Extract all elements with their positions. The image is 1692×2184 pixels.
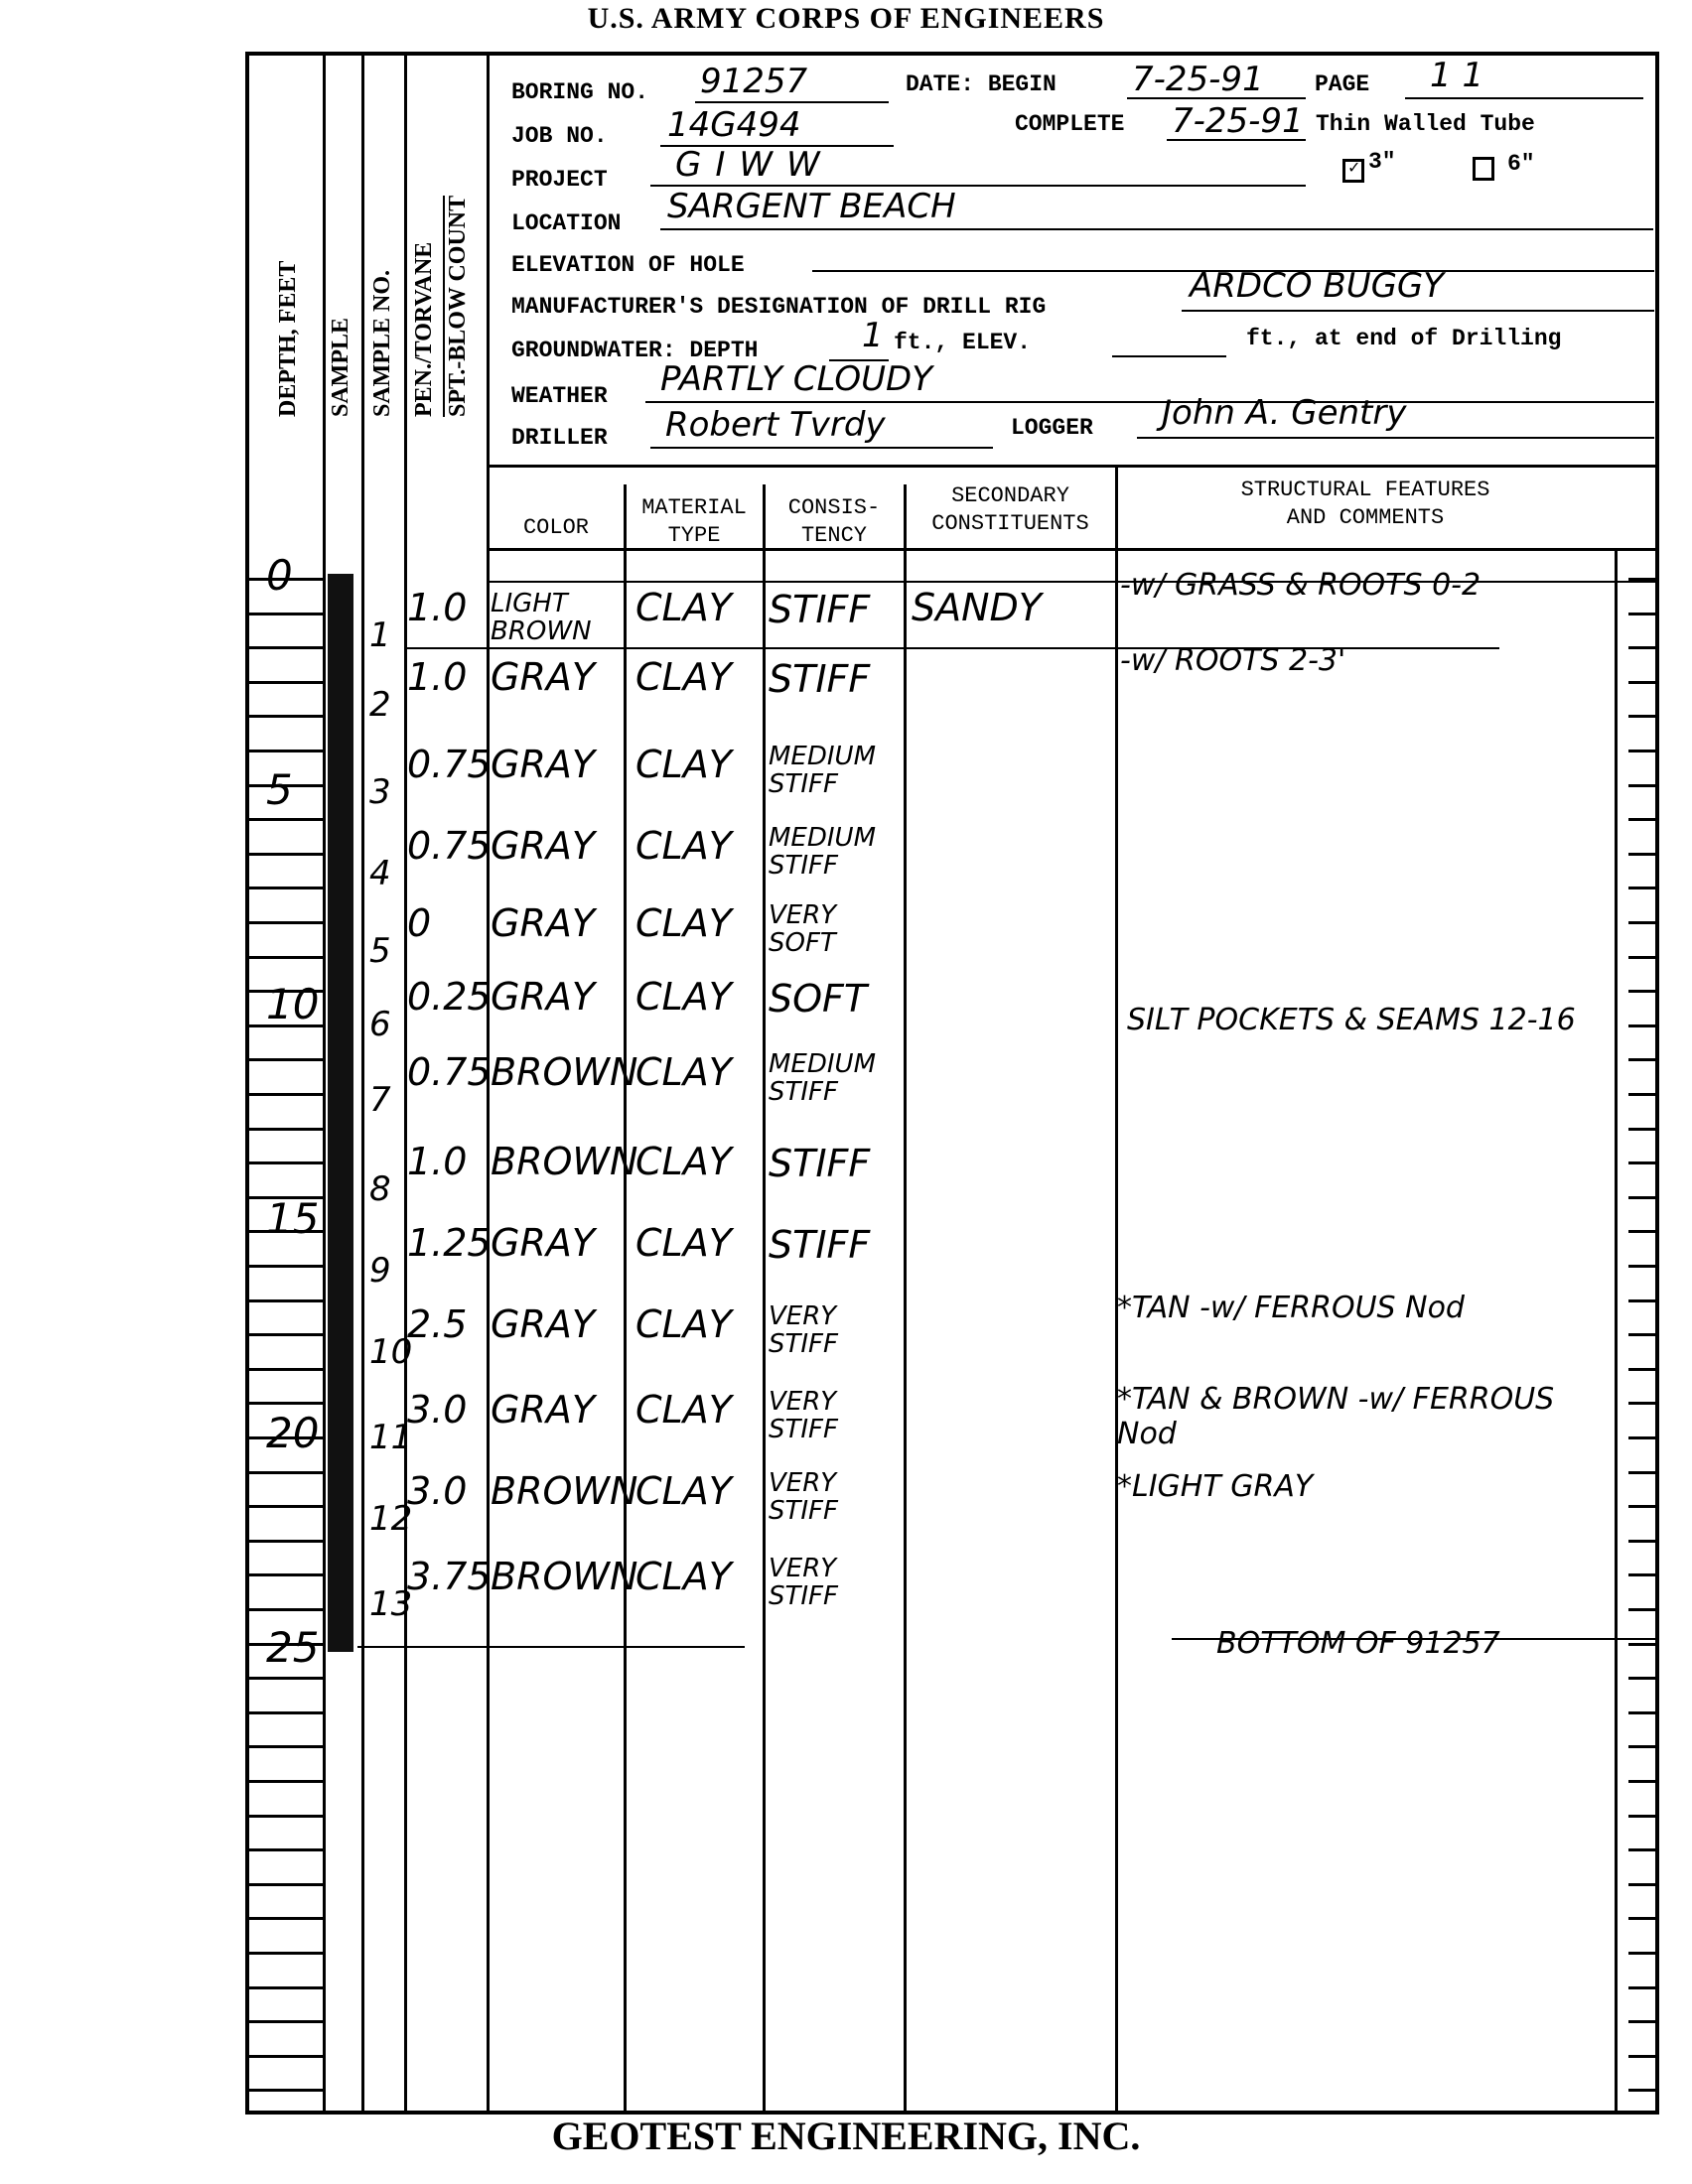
elevation-label: ELEVATION OF HOLE: [511, 252, 745, 278]
color-value: GRAY: [491, 901, 595, 945]
consistency-value: MEDIUM STIFF: [769, 1050, 898, 1106]
pen-torvane-label: PEN./TORVANE: [411, 242, 438, 417]
pen-torvane-value: 0.75: [407, 824, 492, 868]
depth-tick-right: [1628, 956, 1656, 959]
depth-tick: [249, 1815, 323, 1818]
sample-number: 4: [369, 854, 391, 893]
sample-column-label: SAMPLE: [328, 318, 354, 417]
material-type-value: CLAY: [635, 1388, 732, 1432]
depth-tick-right: [1628, 1161, 1656, 1164]
depth-column-label: DEPTH, FEET: [275, 261, 302, 417]
depth-tick: [249, 1299, 323, 1302]
pen-torvane-value: 0: [407, 901, 431, 945]
sample-number: 3: [369, 772, 391, 812]
depth-tick: [249, 1952, 323, 1955]
agency-title: U.S. ARMY CORPS OF ENGINEERS: [0, 2, 1692, 36]
depth-tick: [249, 715, 323, 718]
date-complete-value[interactable]: 7-25-91: [1172, 101, 1304, 141]
date-begin-label: DATE: BEGIN: [906, 71, 1057, 97]
depth-tick: [249, 1333, 323, 1336]
depth-tick-right: [1628, 1986, 1656, 1989]
pen-torvane-value: 1.0: [407, 1140, 467, 1183]
depth-tick-right: [1628, 1745, 1656, 1748]
color-value: LIGHT BROWN: [491, 590, 620, 645]
divider: [323, 54, 326, 2113]
comment-text: -w/ GRASS & ROOTS 0-2: [1120, 568, 1607, 603]
consistency-value: MEDIUM STIFF: [769, 743, 898, 798]
depth-tick: [249, 1540, 323, 1543]
depth-tick: [249, 956, 323, 959]
material-type-value: CLAY: [635, 1221, 732, 1265]
consistency-value: STIFF: [769, 1142, 870, 1185]
complete-label: COMPLETE: [1015, 111, 1124, 137]
depth-tick-right: [1628, 1128, 1656, 1131]
depth-mark: 15: [266, 1194, 319, 1243]
pen-torvane-value: 2.5: [407, 1302, 467, 1346]
sample-number: 8: [369, 1169, 391, 1209]
driller-label: DRILLER: [511, 425, 608, 451]
color-value: BROWN: [491, 1555, 637, 1598]
depth-tick-right: [1628, 1952, 1656, 1955]
pen-torvane-value: 0.75: [407, 1050, 492, 1094]
company-footer: GEOTEST ENGINEERING, INC.: [0, 2113, 1692, 2159]
depth-tick-right: [1628, 1333, 1656, 1336]
depth-tick: [249, 1505, 323, 1508]
logger-value[interactable]: John A. Gentry: [1162, 393, 1406, 433]
depth-tick-right: [1628, 715, 1656, 718]
depth-tick-right: [1628, 921, 1656, 924]
depth-tick: [249, 1780, 323, 1783]
sample-no-column-label: SAMPLE NO.: [369, 270, 396, 417]
project-label: PROJECT: [511, 167, 608, 193]
depth-tick: [249, 1402, 323, 1405]
secondary-constituent-value: SANDY: [912, 586, 1042, 629]
divider: [361, 54, 364, 2113]
depth-mark: 25: [266, 1623, 319, 1672]
depth-tick: [249, 2055, 323, 2058]
depth-tick-right: [1628, 1573, 1656, 1576]
sample-number: 2: [369, 685, 391, 725]
depth-mark: 5: [266, 765, 293, 814]
color-value: BROWN: [491, 1050, 637, 1094]
depth-mark: 20: [266, 1409, 319, 1457]
depth-tick-right: [1628, 1368, 1656, 1371]
material-type-value: CLAY: [635, 743, 732, 786]
tube-6in-checkbox[interactable]: [1473, 157, 1494, 181]
depth-tick-right: [1628, 2020, 1656, 2023]
consistency-value: VERY STIFF: [769, 1302, 898, 1358]
divider: [763, 484, 766, 2113]
divider: [904, 484, 907, 2113]
job-no-label: JOB NO.: [511, 123, 608, 149]
material-type-value: CLAY: [635, 824, 732, 868]
pen-torvane-value: 0.75: [407, 743, 492, 786]
project-value[interactable]: GIWW: [675, 145, 834, 185]
sample-number: 9: [369, 1251, 391, 1291]
material-type-value: CLAY: [635, 1140, 732, 1183]
job-no-value[interactable]: 14G494: [667, 105, 801, 145]
depth-tick-right: [1628, 1677, 1656, 1680]
depth-tick-right: [1628, 1058, 1656, 1061]
boring-no-value[interactable]: 91257: [700, 62, 807, 101]
depth-tick-right: [1628, 2055, 1656, 2058]
depth-tick: [249, 1368, 323, 1371]
thin-walled-tube-label: Thin Walled Tube: [1316, 111, 1535, 137]
drill-rig-label: MANUFACTURER'S DESIGNATION OF DRILL RIG: [511, 294, 1046, 320]
consistency-value: VERY STIFF: [769, 1469, 898, 1525]
bottom-line: [357, 1646, 745, 1648]
depth-tick: [249, 2020, 323, 2023]
color-value: GRAY: [491, 655, 595, 699]
header-divider: [487, 465, 1658, 468]
depth-tick: [249, 887, 323, 889]
depth-tick: [249, 1471, 323, 1474]
secondary-constituents-column-header: SECONDARYCONSTITUENTS: [906, 482, 1115, 538]
depth-tick: [249, 1128, 323, 1131]
depth-tick-right: [1628, 613, 1656, 615]
depth-tick-right: [1628, 1299, 1656, 1302]
depth-tick-right: [1628, 1230, 1656, 1233]
depth-tick: [249, 818, 323, 821]
logger-label: LOGGER: [1011, 415, 1093, 441]
depth-tick-right: [1628, 1848, 1656, 1851]
color-value: GRAY: [491, 1388, 595, 1432]
sample-number: 10: [369, 1332, 412, 1372]
pen-torvane-value: 1.0: [407, 586, 467, 629]
consistency-value: STIFF: [769, 657, 870, 701]
driller-value[interactable]: Robert Tvrdy: [665, 405, 886, 445]
divider: [1615, 548, 1618, 2113]
sample-number: 1: [369, 615, 391, 655]
depth-tick: [249, 681, 323, 684]
depth-tick: [249, 1848, 323, 1851]
sample-number: 6: [369, 1005, 391, 1044]
color-value: GRAY: [491, 1221, 595, 1265]
color-value: GRAY: [491, 824, 595, 868]
color-value: GRAY: [491, 1302, 595, 1346]
drill-rig-value[interactable]: ARDCO BUGGY: [1190, 266, 1444, 306]
consistency-value: VERY STIFF: [769, 1555, 898, 1610]
color-value: GRAY: [491, 975, 595, 1019]
spt-blow-count-label: SPT.-BLOW COUNT: [443, 196, 472, 417]
pen-torvane-value: 3.75: [407, 1555, 492, 1598]
color-value: BROWN: [491, 1140, 637, 1183]
color-column-header: COLOR: [489, 514, 624, 542]
depth-tick-right: [1628, 1093, 1656, 1096]
depth-tick: [249, 1745, 323, 1748]
depth-tick-right: [1628, 1265, 1656, 1268]
depth-tick-right: [1628, 1883, 1656, 1886]
sample-number: 11: [369, 1418, 412, 1457]
material-type-value: CLAY: [635, 1050, 732, 1094]
comment-text: -w/ ROOTS 2-3': [1120, 643, 1607, 678]
depth-tick: [249, 1883, 323, 1886]
depth-tick: [249, 1608, 323, 1611]
depth-tick-right: [1628, 887, 1656, 889]
depth-tick: [249, 1161, 323, 1164]
depth-tick: [249, 1058, 323, 1061]
groundwater-elev-label: ft., ELEV.: [894, 330, 1031, 355]
depth-tick-right: [1628, 1436, 1656, 1439]
depth-tick: [249, 1711, 323, 1714]
depth-tick-right: [1628, 1540, 1656, 1543]
depth-tick: [249, 2089, 323, 2092]
pen-torvane-value: 3.0: [407, 1388, 467, 1432]
depth-tick-right: [1628, 578, 1656, 581]
color-value: GRAY: [491, 743, 595, 786]
depth-tick: [249, 1573, 323, 1576]
depth-tick: [249, 1677, 323, 1680]
material-type-value: CLAY: [635, 1555, 732, 1598]
depth-tick-right: [1628, 1780, 1656, 1783]
consistency-value: STIFF: [769, 1223, 870, 1267]
depth-tick-right: [1628, 990, 1656, 993]
location-value[interactable]: SARGENT BEACH: [667, 187, 956, 226]
sample-number: 7: [369, 1080, 391, 1120]
depth-tick: [249, 750, 323, 752]
pen-torvane-value: 3.0: [407, 1469, 467, 1513]
sample-number: 13: [369, 1584, 412, 1624]
depth-tick-right: [1628, 646, 1656, 649]
depth-tick-right: [1628, 1024, 1656, 1027]
page-value[interactable]: 1 1: [1430, 56, 1483, 95]
depth-mark: 0: [266, 551, 293, 600]
material-type-column-header: MATERIALTYPE: [626, 494, 763, 550]
depth-tick: [249, 613, 323, 615]
sample-recovery-bar: [328, 574, 353, 1652]
consistency-value: VERY SOFT: [769, 901, 898, 957]
depth-tick: [249, 1986, 323, 1989]
material-type-value: CLAY: [635, 975, 732, 1019]
divider: [624, 484, 627, 2113]
depth-tick: [249, 1093, 323, 1096]
sample-number: 12: [369, 1499, 412, 1539]
consistency-value: VERY STIFF: [769, 1388, 898, 1443]
depth-mark: 10: [266, 980, 319, 1028]
depth-tick-right: [1628, 853, 1656, 856]
comment-text: BOTTOM OF 91257: [1216, 1626, 1692, 1661]
tube-3in-checkbox[interactable]: ✓: [1342, 159, 1364, 183]
tube-6in-label: 6": [1507, 151, 1535, 177]
material-type-value: CLAY: [635, 586, 732, 629]
depth-tick-right: [1628, 1815, 1656, 1818]
depth-tick-right: [1628, 1196, 1656, 1199]
tube-3in-label: 3": [1368, 149, 1396, 175]
pen-torvane-value: 1.25: [407, 1221, 492, 1265]
depth-tick: [249, 853, 323, 856]
location-label: LOCATION: [511, 210, 621, 236]
comment-text: SILT POCKETS & SEAMS 12-16: [1127, 1003, 1614, 1037]
page-label: PAGE: [1315, 71, 1369, 97]
sample-number: 5: [369, 931, 391, 971]
weather-value[interactable]: PARTLY CLOUDY: [660, 359, 932, 399]
depth-tick-right: [1628, 784, 1656, 787]
date-begin-value[interactable]: 7-25-91: [1132, 60, 1264, 99]
depth-tick-right: [1628, 1917, 1656, 1920]
depth-tick-right: [1628, 1505, 1656, 1508]
pen-torvane-value: 0.25: [407, 975, 492, 1019]
groundwater-depth-value[interactable]: 1: [862, 316, 884, 355]
comment-text: *TAN -w/ FERROUS Nod: [1117, 1291, 1604, 1325]
structural-features-column-header: STRUCTURAL FEATURESAND COMMENTS: [1117, 477, 1614, 532]
comment-text: *TAN & BROWN -w/ FERROUS Nod: [1117, 1382, 1604, 1451]
boring-no-label: BORING NO.: [511, 79, 648, 105]
depth-tick-right: [1628, 1471, 1656, 1474]
material-type-value: CLAY: [635, 1302, 732, 1346]
comment-text: *LIGHT GRAY: [1117, 1469, 1604, 1504]
depth-tick: [249, 921, 323, 924]
material-type-value: CLAY: [635, 901, 732, 945]
depth-tick-right: [1628, 2089, 1656, 2092]
consistency-value: MEDIUM STIFF: [769, 824, 898, 880]
pen-torvane-value: 1.0: [407, 655, 467, 699]
depth-tick: [249, 1265, 323, 1268]
material-type-value: CLAY: [635, 655, 732, 699]
depth-tick-right: [1628, 1402, 1656, 1405]
color-value: BROWN: [491, 1469, 637, 1513]
consistency-value: STIFF: [769, 588, 870, 631]
depth-tick-right: [1628, 818, 1656, 821]
material-type-value: CLAY: [635, 1469, 732, 1513]
consistency-column-header: CONSIS-TENCY: [765, 494, 904, 550]
consistency-value: SOFT: [769, 977, 867, 1021]
depth-tick: [249, 646, 323, 649]
divider: [1115, 467, 1118, 2113]
depth-tick-right: [1628, 681, 1656, 684]
depth-tick-right: [1628, 750, 1656, 752]
end-of-drilling-label: ft., at end of Drilling: [1246, 326, 1561, 351]
weather-label: WEATHER: [511, 383, 608, 409]
depth-tick-right: [1628, 1711, 1656, 1714]
depth-tick-right: [1628, 1608, 1656, 1611]
depth-tick: [249, 1917, 323, 1920]
